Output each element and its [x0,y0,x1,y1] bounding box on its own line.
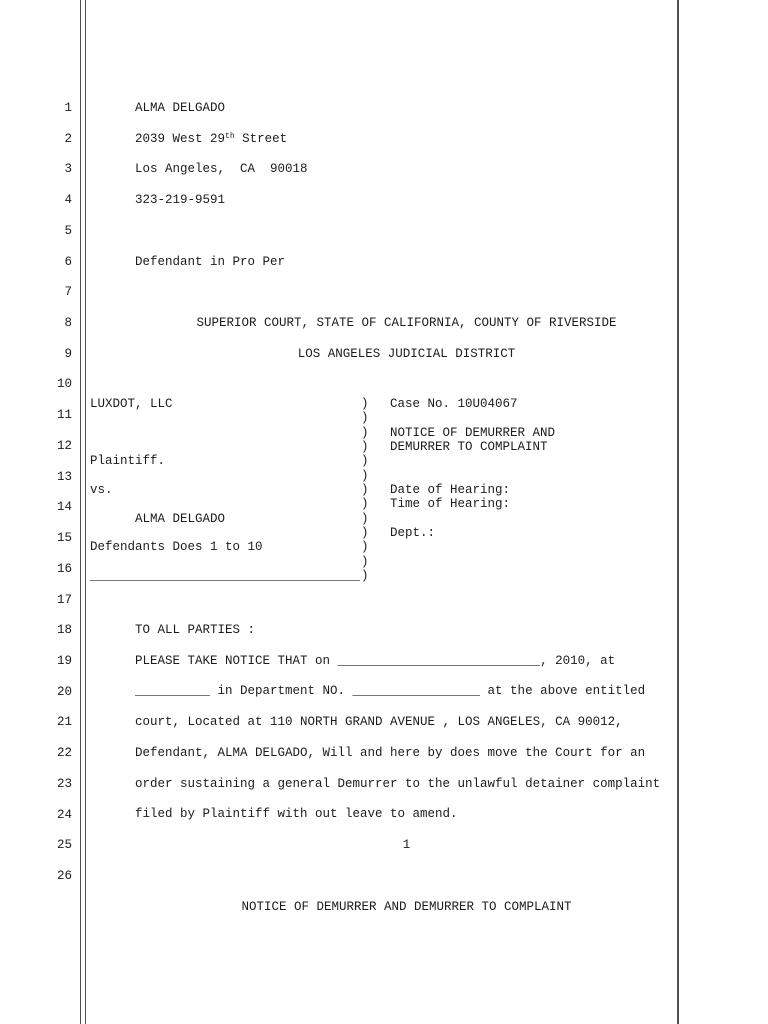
line-number: 22 [0,746,72,777]
caption-paren: ) [361,440,369,454]
caption-paren: ) [361,497,369,511]
caption-case-info-row [390,569,555,583]
caption-case-info-row: Time of Hearing: [390,497,555,511]
judicial-district: LOS ANGELES JUDICIAL DISTRICT [135,347,678,378]
line-number: 5 [0,224,72,255]
page-number: 1 [135,838,678,852]
caption-paren: ) [361,540,369,554]
court-heading: SUPERIOR COURT, STATE OF CALIFORNIA, COU… [135,316,678,377]
line-number: 11 [0,408,72,439]
blank-row [135,224,308,255]
caption-paren: ) [361,569,369,583]
line-number: 9 [0,347,72,378]
notice-body-line: __________ in Department NO. ___________… [135,684,660,715]
line-number: 26 [0,869,72,900]
line-number: 3 [0,162,72,193]
line-number: 2 [0,132,72,163]
caption-paren: ) [361,426,369,440]
caption-paren: ) [361,454,369,468]
line-number: 23 [0,777,72,808]
line-number: 7 [0,285,72,316]
caption-party-row: Plaintiff. [90,454,360,468]
caption-paren: ) [361,512,369,526]
left-margin-double-rule [80,0,86,1024]
notice-body-line: court, Located at 110 NORTH GRAND AVENUE… [135,715,660,746]
caption-paren: ) [361,397,369,411]
caption-case-info-row [390,512,555,526]
caption-case-info-row: NOTICE OF DEMURRER AND [390,426,555,440]
line-number-column: 1234567891011121314151617181920212223242… [0,101,72,900]
right-margin-rule [677,0,679,1024]
caption-case-info-row [390,411,555,425]
caption-case-info-row: Case No. 10U04067 [390,397,555,411]
caption-parties-column: LUXDOT, LLCPlaintiff.vs. ALMA DELGADODef… [90,397,360,583]
caption-case-info-row [390,540,555,554]
caption-paren: ) [361,526,369,540]
pleading-page: 1234567891011121314151617181920212223242… [0,0,768,1024]
caption-party-row: vs. [90,483,360,497]
caption-case-info-row [390,555,555,569]
notice-body-line: TO ALL PARTIES : [135,623,660,654]
line-number: 19 [0,654,72,685]
line-number: 20 [0,685,72,716]
caption-case-info-row: Dept.: [390,526,555,540]
party-capacity: Defendant in Pro Per [135,255,308,286]
line-number: 12 [0,439,72,470]
street-text: 2039 West 29 [135,132,225,146]
line-number: 18 [0,623,72,654]
caption-paren: ) [361,555,369,569]
street-text-suffix: Street [235,132,288,146]
caption-party-row: Defendants Does 1 to 10 [90,540,360,554]
party-phone: 323-219-9591 [135,193,308,224]
line-number: 4 [0,193,72,224]
caption-party-row: LUXDOT, LLC [90,397,360,411]
caption-party-row [90,469,360,483]
party-city-state-zip: Los Angeles, CA 90018 [135,162,308,193]
party-header-block: ALMA DELGADO 2039 West 29th Street Los A… [135,101,308,285]
line-number: 10 [0,377,72,408]
line-number: 1 [0,101,72,132]
caption-party-row [90,440,360,454]
line-number: 17 [0,593,72,624]
footer-document-title: NOTICE OF DEMURRER AND DEMURRER TO COMPL… [135,900,678,914]
caption-case-info-row: Date of Hearing: [390,483,555,497]
party-name: ALMA DELGADO [135,101,308,132]
line-number: 16 [0,562,72,593]
caption-paren: ) [361,469,369,483]
caption-paren: ) [361,483,369,497]
notice-body-line: order sustaining a general Demurrer to t… [135,777,660,808]
line-number: 6 [0,255,72,286]
notice-body-line: Defendant, ALMA DELGADO, Will and here b… [135,746,660,777]
caption-party-row [90,526,360,540]
caption-party-row [90,555,360,569]
caption-paren-column: ))))))))))))) [361,397,369,583]
caption-party-row [90,426,360,440]
notice-body-line: filed by Plaintiff with out leave to ame… [135,807,660,838]
line-number: 15 [0,531,72,562]
street-ordinal-suffix: th [225,132,235,141]
court-name: SUPERIOR COURT, STATE OF CALIFORNIA, COU… [135,316,678,347]
caption-case-info-column: Case No. 10U04067NOTICE OF DEMURRER ANDD… [390,397,555,583]
line-number: 8 [0,316,72,347]
caption-party-row: ____________________________________ [90,569,360,583]
line-number: 13 [0,470,72,501]
caption-case-info-row [390,469,555,483]
line-number: 24 [0,808,72,839]
party-street: 2039 West 29th Street [135,132,308,163]
caption-party-row [90,411,360,425]
line-number: 14 [0,500,72,531]
line-number: 21 [0,715,72,746]
caption-party-row: ALMA DELGADO [90,512,360,526]
caption-paren: ) [361,411,369,425]
notice-body-line: PLEASE TAKE NOTICE THAT on _____________… [135,654,660,685]
line-number: 25 [0,838,72,869]
caption-party-row [90,497,360,511]
caption-case-info-row: DEMURRER TO COMPLAINT [390,440,555,454]
notice-body: TO ALL PARTIES :PLEASE TAKE NOTICE THAT … [135,623,660,838]
caption-case-info-row [390,454,555,468]
